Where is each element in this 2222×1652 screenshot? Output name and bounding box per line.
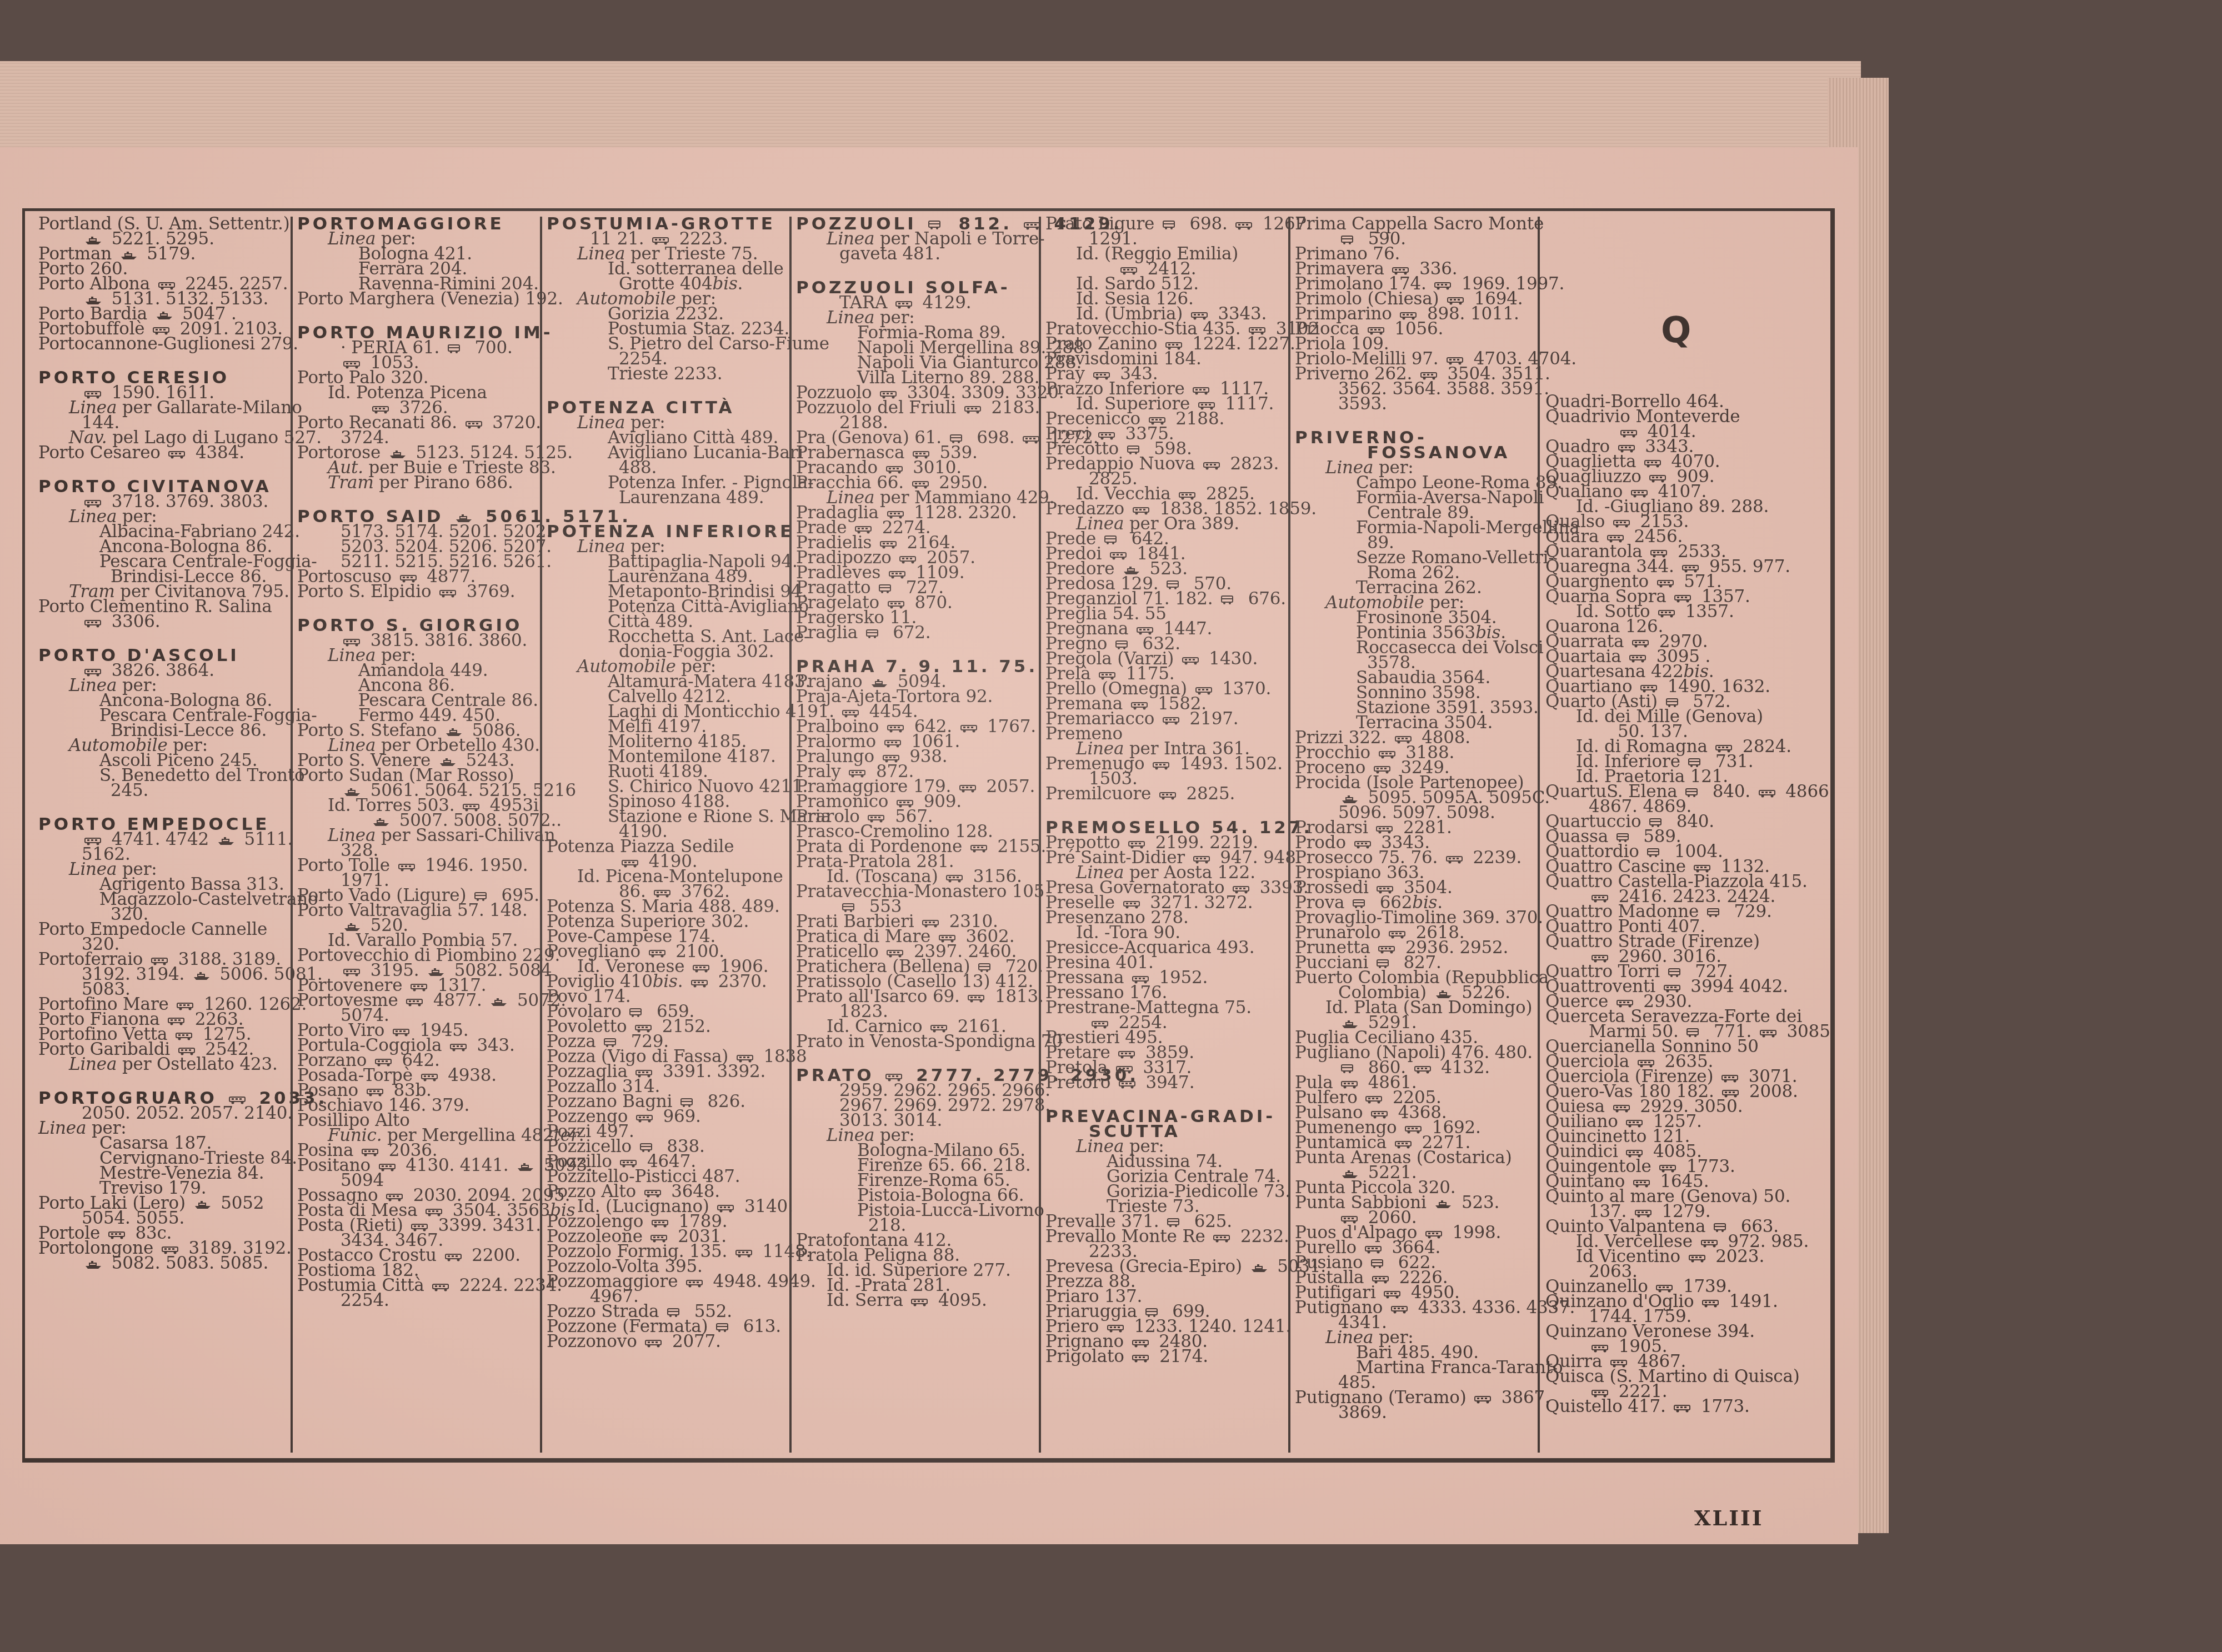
ship-icon: [192, 968, 211, 977]
bus-icon: [1630, 485, 1649, 494]
bus-icon: [1613, 515, 1632, 524]
bus-icon: [1700, 1235, 1719, 1244]
index-entry: Trieste 2233.: [547, 367, 795, 382]
ship-icon: [1340, 791, 1359, 800]
bus-icon: [945, 870, 964, 879]
bus-icon: [1390, 1301, 1409, 1310]
bus-icon: [1392, 262, 1410, 271]
index-entry: Pretoro 3947.: [1045, 1075, 1294, 1090]
bus-icon: [1132, 971, 1150, 980]
railbus-icon: [1668, 965, 1686, 974]
bus-icon: [161, 1241, 180, 1250]
ship-icon: [343, 919, 362, 928]
index-column-6: Prima Cappella Sacro Monte 590.Primano 7…: [1288, 217, 1544, 1453]
index-entry: Porto Recanati 86. 3720.: [297, 415, 546, 430]
section-letter: Q: [1545, 306, 1806, 356]
index-entry: Premenugo 1493. 1502.: [1045, 757, 1294, 772]
bus-icon: [959, 780, 978, 789]
bus-icon: [1118, 1076, 1137, 1085]
bus-icon: [374, 1054, 393, 1063]
index-entry: Linea per Sassari-Chilivan: [297, 828, 546, 843]
bus-icon: [1132, 1350, 1150, 1359]
page-number: XLIII: [1694, 1505, 1764, 1530]
bus-icon: [1399, 307, 1418, 316]
bus-icon: [1715, 740, 1734, 749]
index-entry: Predappio Nuova 2823.: [1045, 457, 1294, 472]
bus-icon: [1098, 667, 1117, 676]
bus-icon: [1650, 545, 1669, 554]
railbus-icon: [1340, 1061, 1359, 1070]
bus-icon: [736, 1050, 755, 1059]
bus-icon: [887, 596, 906, 605]
bus-icon: [1022, 431, 1041, 440]
bus-icon: [912, 476, 930, 485]
bus-icon: [1474, 1391, 1493, 1400]
index-entry: Linea per Ostellato 423.: [38, 1057, 291, 1072]
railbus-icon: [474, 889, 493, 898]
bus-icon: [912, 446, 931, 455]
bus-icon: [366, 1084, 385, 1093]
index-entry: Id. Picena-Montelupone: [547, 869, 795, 884]
bus-icon: [1118, 1046, 1137, 1055]
bus-icon: [1159, 787, 1178, 796]
bus-icon: [1213, 1230, 1232, 1239]
bus-icon: [842, 705, 860, 714]
ship-icon: [444, 724, 463, 733]
bus-icon: [1107, 1320, 1125, 1329]
index-entry: Pozzuolo del Friuli 2183.: [796, 401, 1045, 415]
index-entry-continuation: 3869.: [1295, 1405, 1544, 1420]
bus-icon: [1365, 1091, 1384, 1100]
bus-icon: [1701, 1295, 1720, 1304]
bus-icon: [887, 720, 905, 729]
railbus-icon: [1649, 815, 1668, 824]
bus-icon: [1657, 575, 1675, 584]
bus-icon: [717, 1200, 735, 1209]
bus-icon: [867, 810, 886, 819]
bus-icon: [1195, 682, 1214, 691]
index-entry-continuation: 3593.: [1295, 397, 1544, 412]
bus-icon: [1447, 292, 1465, 301]
index-entry: Prato Ligure 698. 1267.: [1045, 217, 1294, 232]
bus-icon: [398, 859, 417, 868]
bus-icon: [1372, 1271, 1390, 1280]
bus-icon: [1591, 1340, 1610, 1349]
bus-icon: [1414, 1061, 1433, 1070]
bus-icon: [1758, 785, 1777, 794]
bus-icon: [167, 1013, 186, 1022]
bus-icon: [1721, 1085, 1740, 1094]
ship-icon: [427, 964, 446, 973]
railbus-icon: [928, 217, 947, 226]
bus-icon: [343, 964, 362, 973]
bus-icon: [1394, 1136, 1413, 1145]
ship-icon: [438, 754, 457, 763]
index-entry-continuation: 3306.: [38, 614, 291, 629]
index-entry: Prato all'Isarco 69. 1813.: [796, 989, 1045, 1004]
bus-icon: [885, 1069, 904, 1078]
bus-icon: [462, 799, 481, 808]
railbus-icon: [1162, 217, 1181, 226]
index-entry: Porto Empedocle Cannelle: [38, 922, 291, 937]
bus-icon: [432, 1279, 451, 1288]
ship-icon: [84, 1256, 103, 1265]
railbus-icon: [603, 1035, 622, 1044]
railbus-icon: [1376, 956, 1395, 965]
index-entry-continuation: 3192. 3194. 5006. 5081.: [38, 967, 291, 982]
bus-icon: [421, 1069, 439, 1078]
index-entry-continuation: Laurenzana 489.: [547, 490, 795, 505]
bus-icon: [648, 945, 667, 954]
bus-icon: [1198, 397, 1217, 406]
bus-icon: [895, 296, 914, 305]
bus-icon: [735, 1245, 754, 1254]
railbus-icon: [865, 626, 884, 635]
bus-icon: [888, 566, 907, 575]
index-entry: Pozzomaggiore 4948. 4949.: [547, 1274, 795, 1289]
index-entry: Pugliano (Napoli) 476. 480.: [1295, 1045, 1544, 1060]
bus-icon: [1634, 1205, 1653, 1214]
bus-icon: [644, 1335, 663, 1344]
index-entry-continuation: 2254.: [297, 1293, 546, 1308]
bus-icon: [343, 634, 362, 643]
bus-icon: [1618, 440, 1637, 449]
book-page-edges-top: [0, 61, 1861, 151]
ship-icon: [1122, 562, 1141, 571]
index-entry: Quistello 417. 1773.: [1545, 1399, 1806, 1414]
ship-icon: [193, 1197, 212, 1205]
index-entry: Quisca (S. Martino di Quisca): [1545, 1369, 1806, 1384]
bus-icon: [1425, 1226, 1444, 1235]
bus-icon: [879, 536, 898, 545]
bus-icon: [168, 446, 187, 455]
bus-icon: [343, 356, 362, 365]
index-entry: Premilcuore 2825.: [1045, 787, 1294, 802]
railbus-icon: [978, 960, 997, 969]
index-entry: S. Benedetto del Tronto: [38, 768, 291, 783]
bus-icon: [399, 570, 418, 579]
bus-icon: [1591, 1385, 1610, 1394]
bus-icon: [1388, 926, 1407, 935]
ship-icon: [217, 833, 236, 842]
bus-icon: [1613, 1100, 1632, 1109]
bus-icon: [1644, 455, 1663, 464]
bus-icon: [1632, 635, 1650, 644]
bus-icon: [692, 960, 711, 969]
bus-icon: [1340, 1076, 1359, 1085]
italic-label: Linea: [69, 1054, 117, 1074]
ship-icon: [1250, 1260, 1269, 1269]
bus-icon: [1128, 836, 1147, 845]
bus-icon: [1130, 697, 1149, 706]
ship-icon: [1434, 1196, 1453, 1205]
bus-icon: [1203, 457, 1222, 466]
bus-icon: [1591, 950, 1610, 959]
index-entry-continuation: gaveta 481.: [796, 247, 1045, 262]
bus-icon: [1193, 851, 1212, 860]
bus-icon: [1375, 821, 1394, 830]
index-entry: Porto Marghera (Venezia) 192.: [297, 292, 546, 307]
index-entry-continuation: 3562. 3564. 3588. 3591.: [1295, 382, 1544, 397]
bus-icon: [1192, 382, 1211, 391]
index-column-2: PORTOMAGGIORELinea per:Bologna 421.Ferra…: [291, 217, 546, 1453]
index-entry: Pratavecchia-Monastero 105: [796, 884, 1045, 899]
ship-icon: [84, 292, 103, 301]
bus-icon: [1354, 836, 1373, 845]
bus-icon: [1673, 1400, 1692, 1409]
bus-icon: [152, 322, 171, 331]
bus-icon: [1610, 1355, 1629, 1364]
bus-icon: [1625, 1115, 1644, 1124]
bus-icon: [444, 1249, 463, 1258]
bus-icon: [1674, 590, 1693, 599]
bus-icon: [848, 765, 867, 774]
bus-icon: [1633, 1175, 1652, 1184]
bus-icon: [887, 506, 905, 515]
railbus-icon: [667, 1305, 685, 1314]
bus-icon: [378, 1159, 397, 1168]
bus-icon: [1434, 277, 1453, 286]
railbus-icon: [715, 1320, 734, 1329]
bus-icon: [1115, 1061, 1134, 1070]
bus-icon: [1248, 322, 1267, 331]
italic-label: Linea: [38, 1118, 86, 1138]
index-entry: Prigolato 2174.: [1045, 1349, 1294, 1364]
index-entry: Positano 4130. 4141. 5093.: [297, 1158, 546, 1173]
index-entry: Prato in Venosta-Spondigna 70: [796, 1034, 1045, 1049]
ship-icon: [155, 307, 174, 316]
bus-icon: [1420, 367, 1439, 376]
ship-icon: [119, 247, 138, 256]
bus-icon: [386, 1189, 404, 1198]
railbus-icon: [1220, 592, 1239, 601]
ship-icon: [372, 814, 391, 823]
bus-icon: [158, 277, 177, 286]
bus-icon: [84, 664, 103, 673]
bus-icon: [108, 1227, 127, 1235]
bus-icon: [1625, 1145, 1644, 1154]
bus-icon: [1123, 896, 1142, 905]
railbus-icon: [1685, 785, 1704, 794]
bus-icon: [1759, 1025, 1778, 1034]
index-entry: Portocannone-Guglionesi 279.: [38, 337, 291, 352]
index-column-3: POSTUMIA-GROTTE11 21. 2223.Linea per Tri…: [540, 217, 795, 1453]
bus-icon: [884, 735, 903, 744]
bus-icon: [1136, 622, 1155, 631]
italic-label: Tram: [328, 473, 374, 493]
bus-icon: [1378, 941, 1397, 950]
bus-icon: [1607, 530, 1625, 539]
index-entry-continuation: 245.: [38, 783, 291, 798]
bus-icon: [1688, 1250, 1707, 1259]
index-entry: Linea per Gallarate-Milano: [38, 401, 291, 415]
bus-icon: [1681, 560, 1700, 569]
bus-icon: [930, 1020, 949, 1029]
ship-icon: [516, 1159, 535, 1168]
bus-icon: [1093, 367, 1112, 376]
bus-icon: [922, 915, 940, 924]
railbus-icon: [1166, 577, 1185, 586]
bus-icon: [899, 551, 918, 560]
index-entry: Pozzonovo 2077.: [547, 1334, 795, 1349]
bus-icon: [228, 1092, 247, 1100]
railbus-icon: [1167, 1215, 1185, 1224]
bus-icon: [1373, 761, 1392, 770]
index-entry-continuation: 4741. 4742 5111.: [38, 832, 291, 847]
bus-icon: [411, 1219, 429, 1228]
index-entry: Id. Serra 4095.: [796, 1293, 1045, 1308]
bus-icon: [1637, 1055, 1656, 1064]
bus-icon: [1235, 217, 1254, 226]
index-entry: Avigliano Lucania-Bari: [547, 445, 795, 460]
bus-icon: [652, 232, 670, 241]
bus-icon: [425, 1204, 444, 1213]
bus-icon: [690, 975, 709, 984]
ship-icon: [454, 510, 473, 519]
railbus-icon: [1647, 845, 1665, 854]
index-entry: Roccasecca dei Volsci: [1295, 640, 1544, 655]
bus-icon: [84, 833, 103, 842]
index-entry: Id. Plata (San Domingo): [1295, 1000, 1544, 1015]
bus-icon: [1404, 1121, 1423, 1130]
railbus-icon: [1706, 905, 1725, 914]
bus-icon: [1693, 860, 1712, 869]
bus-icon: [635, 1110, 654, 1119]
bus-icon: [392, 1024, 411, 1033]
index-entry: Praja-Ajeta-Tortora 92.: [796, 689, 1045, 704]
index-entry: S. Pietro del Carso-Fiume: [547, 337, 795, 352]
bus-icon: [1378, 746, 1397, 755]
bus-icon: [621, 855, 640, 864]
index-entry: Punta Arenas (Costarica): [1295, 1150, 1544, 1165]
bus-icon: [635, 1065, 654, 1074]
bus-icon: [1340, 1211, 1359, 1220]
ship-icon: [84, 232, 103, 241]
railbus-icon: [1145, 1305, 1164, 1314]
bus-icon: [879, 386, 898, 395]
index-entry: Id Vicentino 2023.: [1545, 1249, 1806, 1264]
bus-icon: [178, 1043, 197, 1052]
bus-icon: [910, 1294, 929, 1303]
bus-icon: [1629, 650, 1648, 659]
ship-icon: [343, 784, 362, 793]
bus-icon: [1109, 547, 1128, 556]
index-entry: Portovesme 4877. 5072.: [297, 993, 546, 1008]
bus-icon: [1370, 1106, 1389, 1115]
bus-icon: [644, 1185, 663, 1194]
railbus-icon: [878, 581, 897, 590]
bus-icon: [1182, 652, 1200, 661]
ship-icon: [1434, 986, 1453, 995]
book-page: Portland (S. U. Am. Settentr.) 5221. 529…: [0, 147, 1858, 1544]
bus-icon: [1649, 470, 1668, 479]
bus-icon: [84, 615, 103, 624]
index-entry: Porto Valtravaglia 57. 148.: [297, 903, 546, 918]
bus-icon: [1616, 995, 1635, 1004]
bus-icon: [84, 386, 103, 395]
index-entry-continuation: 5082. 5083. 5085.: [38, 1256, 291, 1271]
bus-icon: [449, 1039, 468, 1048]
bus-icon: [1098, 427, 1117, 436]
ship-icon: [1340, 1016, 1359, 1025]
railbus-icon: [680, 1095, 699, 1104]
index-heading: POSTUMIA-GROTTE: [547, 217, 795, 232]
bus-icon: [1640, 680, 1659, 689]
bus-icon: [151, 953, 169, 962]
railbus-icon: [949, 431, 968, 440]
bus-icon: [938, 930, 957, 939]
bus-icon: [1178, 487, 1197, 496]
bus-icon: [882, 750, 901, 759]
index-entry: Prima Cappella Sacro Monte: [1295, 217, 1544, 232]
bus-icon: [1721, 1070, 1740, 1079]
index-entry: Quinzano Veronese 394.: [1545, 1324, 1806, 1339]
index-entry: Martina Franca-Taranto: [1295, 1360, 1544, 1375]
bus-icon: [1394, 731, 1413, 740]
index-entry: Tram per Pirano 686.: [297, 475, 546, 490]
index-entry: Magazzolo-Castelvetrano: [38, 892, 291, 907]
bus-icon: [406, 994, 424, 1003]
bus-icon: [896, 795, 915, 804]
bus-icon: [1162, 712, 1181, 721]
index-entry: Formia-Napoli-Mergellina: [1295, 520, 1544, 535]
index-entry: Putignano (Teramo) 3867.: [1295, 1390, 1544, 1405]
bus-icon: [1152, 757, 1171, 766]
railbus-icon: [842, 900, 860, 909]
bus-icon: [1091, 1016, 1110, 1025]
bus-icon: [1620, 425, 1639, 434]
index-entry: Praglia 672.: [796, 625, 1045, 640]
index-entry: Porto S. Elpidio 3769.: [297, 584, 546, 599]
bus-icon: [685, 1275, 704, 1284]
index-entry-continuation: · PERIA 61. 700.: [297, 341, 546, 356]
railbus-icon: [1688, 755, 1706, 764]
ship-icon: [1340, 1166, 1359, 1175]
bus-icon: [1658, 605, 1676, 614]
index-entry: Postumia Città 2224. 2234.: [297, 1278, 546, 1293]
index-entry: Porto Tolle 1946. 1950.: [297, 858, 546, 873]
bus-icon: [1148, 412, 1167, 421]
index-entry: Prevallo Monte Re 2232.: [1045, 1229, 1294, 1244]
railbus-icon: [1352, 896, 1371, 905]
bus-icon: [960, 720, 979, 729]
railbus-icon: [447, 341, 466, 350]
bus-icon: [1655, 1280, 1674, 1289]
index-entry: Prestrane-Mattegna 75.: [1045, 1000, 1294, 1015]
bus-icon: [634, 1020, 653, 1029]
bus-icon: [361, 1144, 380, 1153]
railbus-icon: [1686, 1025, 1705, 1034]
bus-icon: [1376, 881, 1395, 890]
bus-icon: [175, 1028, 194, 1037]
bus-icon: [1165, 337, 1184, 346]
railbus-icon: [1127, 442, 1145, 451]
bus-icon: [1591, 890, 1610, 899]
index-column-7: Q Quadri-Borrello 464.Quadrivio Montever…: [1538, 217, 1806, 1453]
bus-icon: [650, 1230, 669, 1239]
bus-icon: [1383, 1286, 1402, 1295]
bus-icon: [1663, 980, 1682, 989]
bus-icon: [970, 840, 989, 849]
bus-icon: [967, 990, 986, 999]
index-column-4: POZZUOLI 812. 4129.Linea per Napoli e To…: [789, 217, 1045, 1453]
index-entry: Punta Sabbioni 523.: [1295, 1195, 1544, 1210]
index-column-5: Prato Ligure 698. 1267.1291.Id. (Reggio …: [1039, 217, 1294, 1453]
bus-icon: [1364, 1241, 1383, 1250]
bus-icon: [1232, 881, 1251, 890]
bus-icon: [1446, 352, 1465, 361]
bus-icon: [651, 1215, 670, 1224]
